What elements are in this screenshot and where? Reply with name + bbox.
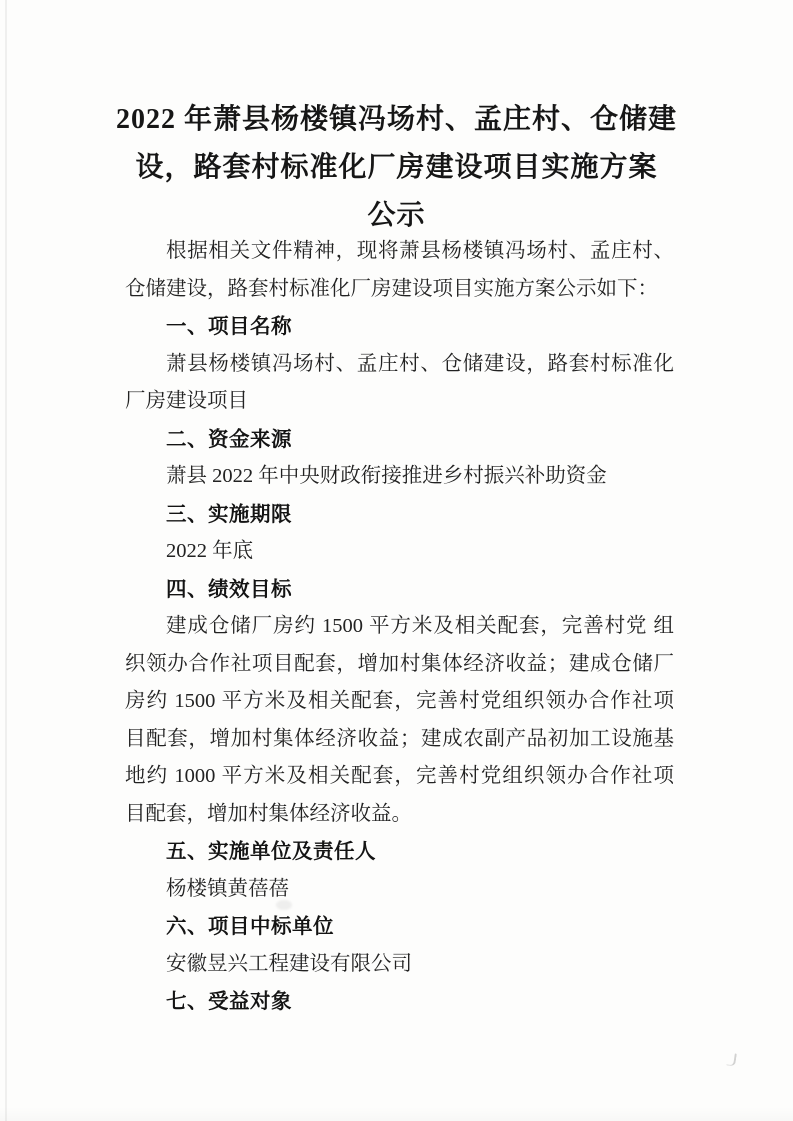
section-body-line: 织领办合作社项目配套，增加村集体经济收益；建成仓储厂	[125, 646, 674, 684]
document-title-line-2: 设，路套村标准化厂房建设项目实施方案	[60, 144, 733, 192]
section-body-line: 厂房建设项目	[125, 383, 674, 421]
section-body-line: 地约 1000 平方米及相关配套，完善村党组织领办合作社项	[125, 758, 674, 796]
section-heading-implementing-unit: 五、实施单位及责任人	[125, 833, 674, 871]
scan-artifact-pen-mark	[726, 1052, 737, 1066]
section-heading-winning-bidder: 六、项目中标单位	[125, 908, 674, 946]
section-body-line: 安徽昱兴工程建设有限公司	[125, 946, 674, 984]
section-body-line: 目配套，增加村集体经济收益。	[125, 796, 674, 834]
section-heading-project-name: 一、项目名称	[125, 308, 674, 346]
section-body-line: 房约 1500 平方米及相关配套，完善村党组织领办合作社项	[125, 683, 674, 721]
section-body-line: 萧县 2022 年中央财政衔接推进乡村振兴补助资金	[125, 458, 674, 496]
section-heading-beneficiaries: 七、受益对象	[125, 983, 674, 1021]
intro-paragraph-line: 仓储建设，路套村标准化厂房建设项目实施方案公示如下：	[125, 271, 674, 309]
document-title: 2022 年萧县杨楼镇冯场村、孟庄村、仓储建 设，路套村标准化厂房建设项目实施方…	[60, 96, 733, 240]
intro-paragraph-line: 根据相关文件精神，现将萧县杨楼镇冯场村、孟庄村、	[125, 233, 674, 271]
scanned-document-page: 2022 年萧县杨楼镇冯场村、孟庄村、仓储建 设，路套村标准化厂房建设项目实施方…	[0, 0, 793, 1121]
scan-artifact-left-edge	[5, 0, 7, 1121]
section-heading-implementation-period: 三、实施期限	[125, 496, 674, 534]
document-body: 根据相关文件精神，现将萧县杨楼镇冯场村、孟庄村、 仓储建设，路套村标准化厂房建设…	[125, 233, 674, 1021]
section-heading-funding-source: 二、资金来源	[125, 421, 674, 459]
section-body-line: 2022 年底	[125, 533, 674, 571]
section-body-line: 建成仓储厂房约 1500 平方米及相关配套，完善村党 组	[125, 608, 674, 646]
scan-artifact-bottom-shade	[0, 1107, 793, 1121]
document-title-line-1: 2022 年萧县杨楼镇冯场村、孟庄村、仓储建	[60, 96, 733, 144]
section-body-line: 杨楼镇黄蓓蓓	[125, 871, 674, 909]
section-body-line: 目配套，增加村集体经济收益；建成农副产品初加工设施基	[125, 721, 674, 759]
section-body-line: 萧县杨楼镇冯场村、孟庄村、仓储建设，路套村标准化	[125, 346, 674, 384]
section-heading-performance-goals: 四、绩效目标	[125, 571, 674, 609]
